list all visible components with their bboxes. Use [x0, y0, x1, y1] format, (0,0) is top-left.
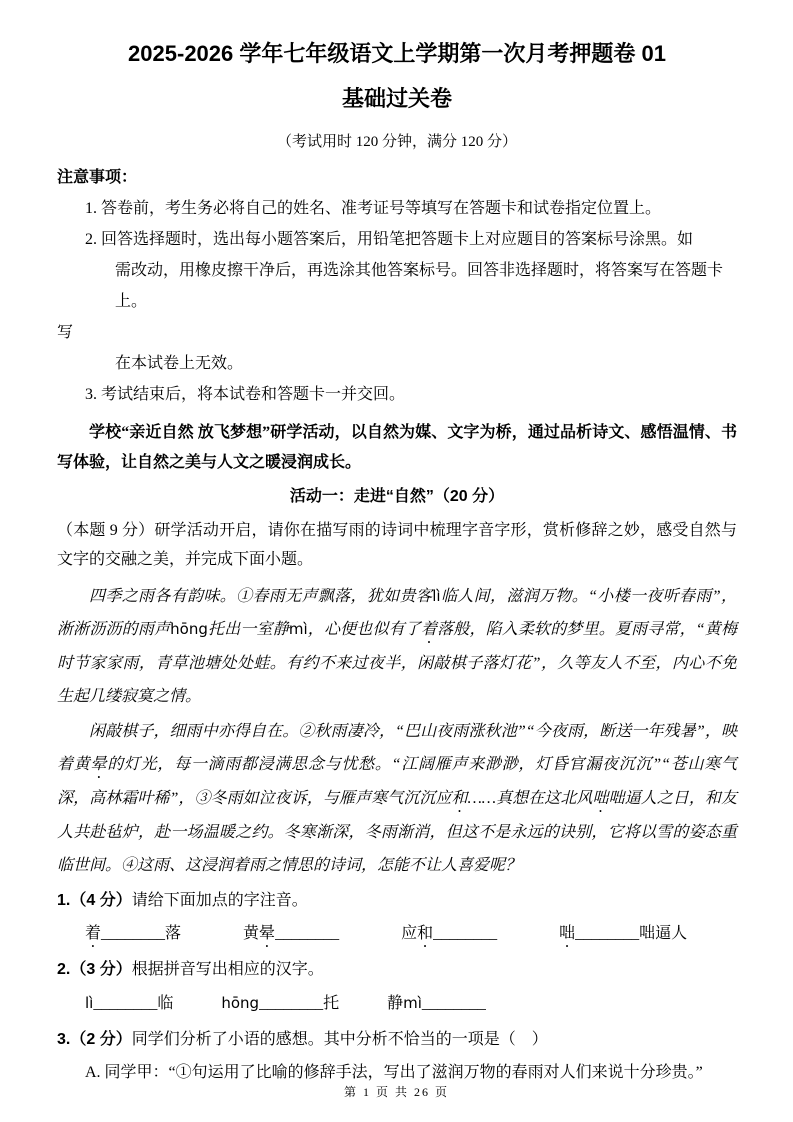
- notice-item-2-line-3: 写: [57, 317, 737, 348]
- hanzi-blank-lilin: lì________临: [85, 986, 173, 1021]
- pinyin-blank-huangyun: 黄晕________: [243, 917, 339, 951]
- passage-paragraph-1: 四季之雨各有韵味。①春雨无声飘落，犹如贵客lì临人间，滋润万物。“小楼一夜听春雨…: [57, 580, 737, 713]
- notice-item-2-line-4: 在本试卷上无效。: [57, 348, 737, 379]
- pinyin-blank-zhuoluo: 着________落: [85, 917, 181, 951]
- question-2: 2.（3 分）根据拼音写出相应的汉字。: [57, 954, 737, 985]
- notices-section: 注意事项： 1. 答卷前，考生务必将自己的姓名、准考证号等填写在答题卡和试卷指定…: [57, 163, 737, 410]
- exam-duration-info: （考试用时 120 分钟，满分 120 分）: [57, 131, 737, 153]
- notice-item-1: 1. 答卷前，考生务必将自己的姓名、准考证号等填写在答题卡和试卷指定位置上。: [57, 193, 737, 224]
- question-2-blanks-row: lì________临 hōng________托 静mì________: [57, 986, 737, 1021]
- question-group-intro: （本题 9 分）研学活动开启，请你在描写雨的诗词中梳理字音字形，赏析修辞之妙，感…: [57, 516, 737, 574]
- notice-item-3: 3. 考试结束后，将本试卷和答题卡一并交回。: [57, 379, 737, 410]
- reading-passage: 四季之雨各有韵味。①春雨无声飘落，犹如贵客lì临人间，滋润万物。“小楼一夜听春雨…: [57, 580, 737, 882]
- page-subtitle: 基础过关卷: [57, 85, 737, 114]
- question-3-number: 3.（2 分）: [57, 1031, 132, 1048]
- notice-item-2-line-2: 需改动，用橡皮擦干净后，再选涂其他答案标号。回答非选择题时，将答案写在答题卡上。: [57, 255, 737, 317]
- question-1-number: 1.（4 分）: [57, 892, 132, 909]
- exam-paper-page: 2025-2026 学年七年级语文上学期第一次月考押题卷 01 基础过关卷 （考…: [0, 0, 793, 1122]
- page-title: 2025-2026 学年七年级语文上学期第一次月考押题卷 01: [57, 40, 737, 69]
- notices-heading: 注意事项：: [57, 163, 737, 193]
- pinyin-blank-duoduobiren: 咄________咄逼人: [559, 917, 687, 951]
- hanzi-blank-hongtuo: hōng________托: [221, 986, 339, 1021]
- notice-item-2-line-1: 2. 回答选择题时，选出每小题答案后，用铅笔把答题卡上对应题目的答案标号涂黑。如: [57, 224, 737, 255]
- question-1: 1.（4 分）请给下面加点的字注音。: [57, 885, 737, 916]
- question-3-text: 同学们分析了小语的感想。其中分析不恰当的一项是（ ）: [132, 1031, 548, 1048]
- passage-paragraph-2: 闲敲棋子，细雨中亦得自在。②秋雨凄冷，“巴山夜雨涨秋池”“今夜雨，断送一年残暑”…: [57, 715, 737, 882]
- page-number-footer: 第 1 页 共 26 页: [0, 1083, 793, 1100]
- question-2-text: 根据拼音写出相应的汉字。: [132, 961, 324, 978]
- question-1-blanks-row: 着________落 黄晕________ 应和________ 咄______…: [57, 917, 737, 951]
- hanzi-blank-jingmi: 静mì________: [387, 986, 486, 1021]
- question-1-text: 请给下面加点的字注音。: [132, 892, 308, 909]
- question-2-number: 2.（3 分）: [57, 961, 132, 978]
- pinyin-blank-yinghe: 应和________: [401, 917, 497, 951]
- activity-intro-paragraph: 学校“亲近自然 放飞梦想”研学活动，以自然为媒、文字为桥，通过品析诗文、感悟温情…: [57, 418, 737, 478]
- question-3: 3.（2 分）同学们分析了小语的感想。其中分析不恰当的一项是（ ）: [57, 1024, 737, 1055]
- activity-one-heading: 活动一：走进“自然”（20 分）: [57, 482, 737, 512]
